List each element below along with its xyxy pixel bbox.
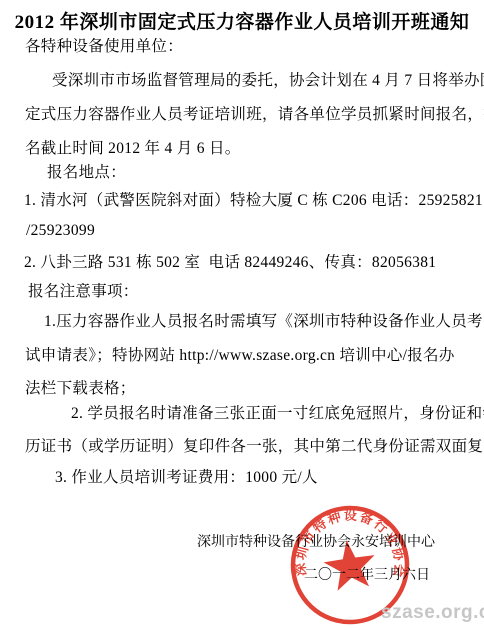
location-item-1-phone-cont: /25923099 — [26, 221, 95, 241]
intro-paragraph-line-3: 名截止时间 2012 年 4 月 6 日。 — [25, 139, 241, 159]
site-watermark: szase.org.cn — [381, 602, 484, 624]
note-item-2-line-2: 历证书（或学历证明）复印件各一张，其中第二代身份证需双面复印； — [25, 437, 484, 457]
signature-organization: 深圳市特种设备行业协会永安培训中心 — [197, 531, 435, 551]
note-item-2-line-1: 2. 学员报名时请准备三张正面一寸红底免冠照片，身份证和学 — [71, 404, 484, 424]
note-item-1-line-1: 1.压力容器作业人员报名时需填写《深圳市特种设备作业人员考 — [44, 312, 483, 332]
note-item-1-line-3: 法栏下载表格； — [25, 379, 136, 399]
salutation-line: 各特种设备使用单位： — [25, 37, 183, 57]
signature-date: 二〇一二年三月六日 — [304, 564, 430, 584]
intro-paragraph-line-2: 定式压力容器作业人员考证培训班，请各单位学员抓紧时间报名，报 — [25, 105, 484, 125]
registration-location-heading: 报名地点： — [47, 163, 126, 183]
notice-document: 2012 年深圳市固定式压力容器作业人员培训开班通知 各特种设备使用单位： 受深… — [0, 0, 484, 630]
location-item-2: 2. 八卦三路 531 栋 502 室 电话 82449246、传真：82056… — [24, 253, 436, 273]
note-item-1-line-2: 试申请表》；特协网站 http://www.szase.org.cn 培训中心/… — [25, 346, 455, 366]
location-item-1: 1. 清水河（武警医院斜对面）特检大厦 C 栋 C206 电话：25925821 — [24, 191, 483, 211]
note-item-3-fee: 3. 作业人员培训考证费用：1000 元/人 — [55, 468, 318, 488]
intro-paragraph-line-1: 受深圳市市场监督管理局的委托，协会计划在 4 月 7 日将举办固 — [52, 71, 484, 91]
document-title: 2012 年深圳市固定式压力容器作业人员培训开班通知 — [0, 7, 484, 34]
registration-notes-heading: 报名注意事项： — [28, 282, 139, 302]
